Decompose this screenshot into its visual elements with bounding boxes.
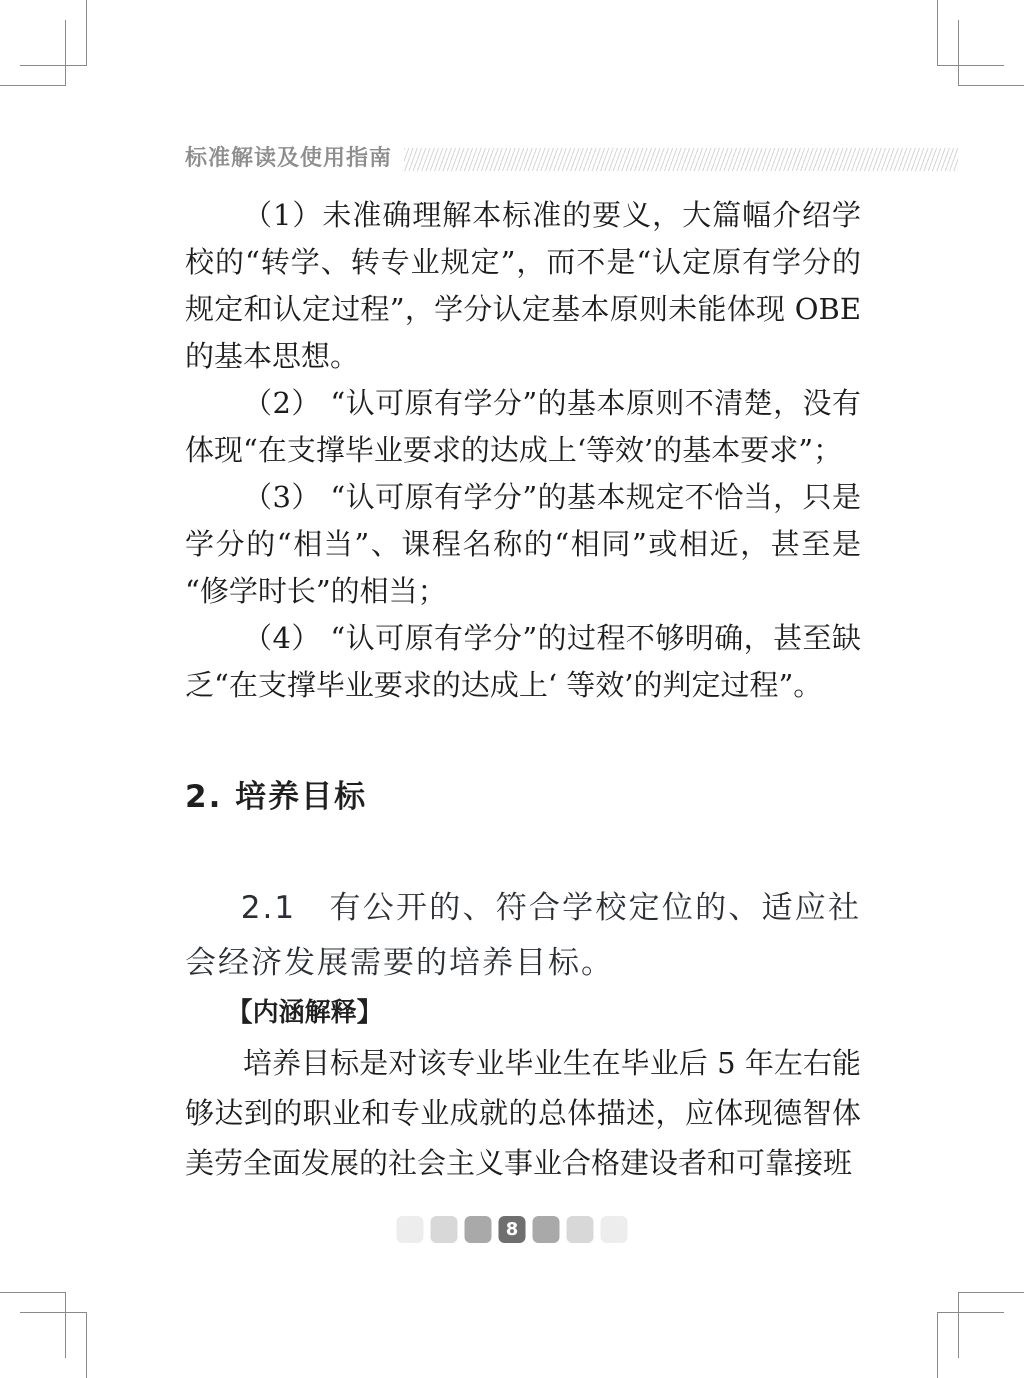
paragraph-item-4: （4） “认可原有学分”的过程不够明确，甚至缺乏“在支撑毕业要求的达成上‘ 等效… <box>185 615 861 709</box>
crop-mark-bottom-right-outer <box>937 1312 1004 1378</box>
pager-square <box>567 1216 594 1243</box>
pager-square <box>533 1216 560 1243</box>
running-head-title: 标准解读及使用指南 <box>185 146 392 172</box>
pager-square <box>465 1216 492 1243</box>
running-head-hatch-decoration <box>404 148 958 171</box>
page-body: （1）未准确理解本标准的要义，大篇幅介绍学校的“转学、转专业规定”，而不是“认定… <box>185 192 861 1188</box>
crop-mark-top-right-inner <box>958 20 1024 86</box>
paragraph-item-3: （3） “认可原有学分”的基本规定不恰当，只是学分的“相当”、课程名称的“相同”… <box>185 474 861 615</box>
paragraph-item-1: （1）未准确理解本标准的要义，大篇幅介绍学校的“转学、转专业规定”，而不是“认定… <box>185 192 861 380</box>
crop-mark-top-left-inner <box>0 20 66 86</box>
pager-square-current: 8 <box>499 1216 526 1243</box>
crop-mark-top-left-outer <box>20 0 87 66</box>
connotation-label: 【内涵解释】 <box>185 995 861 1031</box>
pager-square <box>431 1216 458 1243</box>
paragraph-item-2: （2） “认可原有学分”的基本原则不清楚，没有体现“在支撑毕业要求的达成上‘等效… <box>185 380 861 474</box>
crop-mark-top-right-outer <box>937 0 1004 66</box>
section-heading: 2. 培养目标 <box>185 775 861 819</box>
pager-square <box>601 1216 628 1243</box>
crop-mark-bottom-right-inner <box>958 1292 1024 1358</box>
subsection-heading: 2.1 有公开的、符合学校定位的、适应社会经济发展需要的培养目标。 <box>185 881 861 991</box>
pager-square <box>397 1216 424 1243</box>
crop-mark-bottom-left-inner <box>0 1292 66 1358</box>
running-head: 标准解读及使用指南 <box>185 146 958 172</box>
book-page: { "page": { "header": { "title": "标准解读及使… <box>0 0 1024 1378</box>
crop-mark-bottom-left-outer <box>20 1312 87 1378</box>
paragraph-after-label: 培养目标是对该专业毕业生在毕业后 5 年左右能够达到的职业和专业成就的总体描述，… <box>185 1038 861 1188</box>
pagination: 8 <box>397 1216 628 1243</box>
